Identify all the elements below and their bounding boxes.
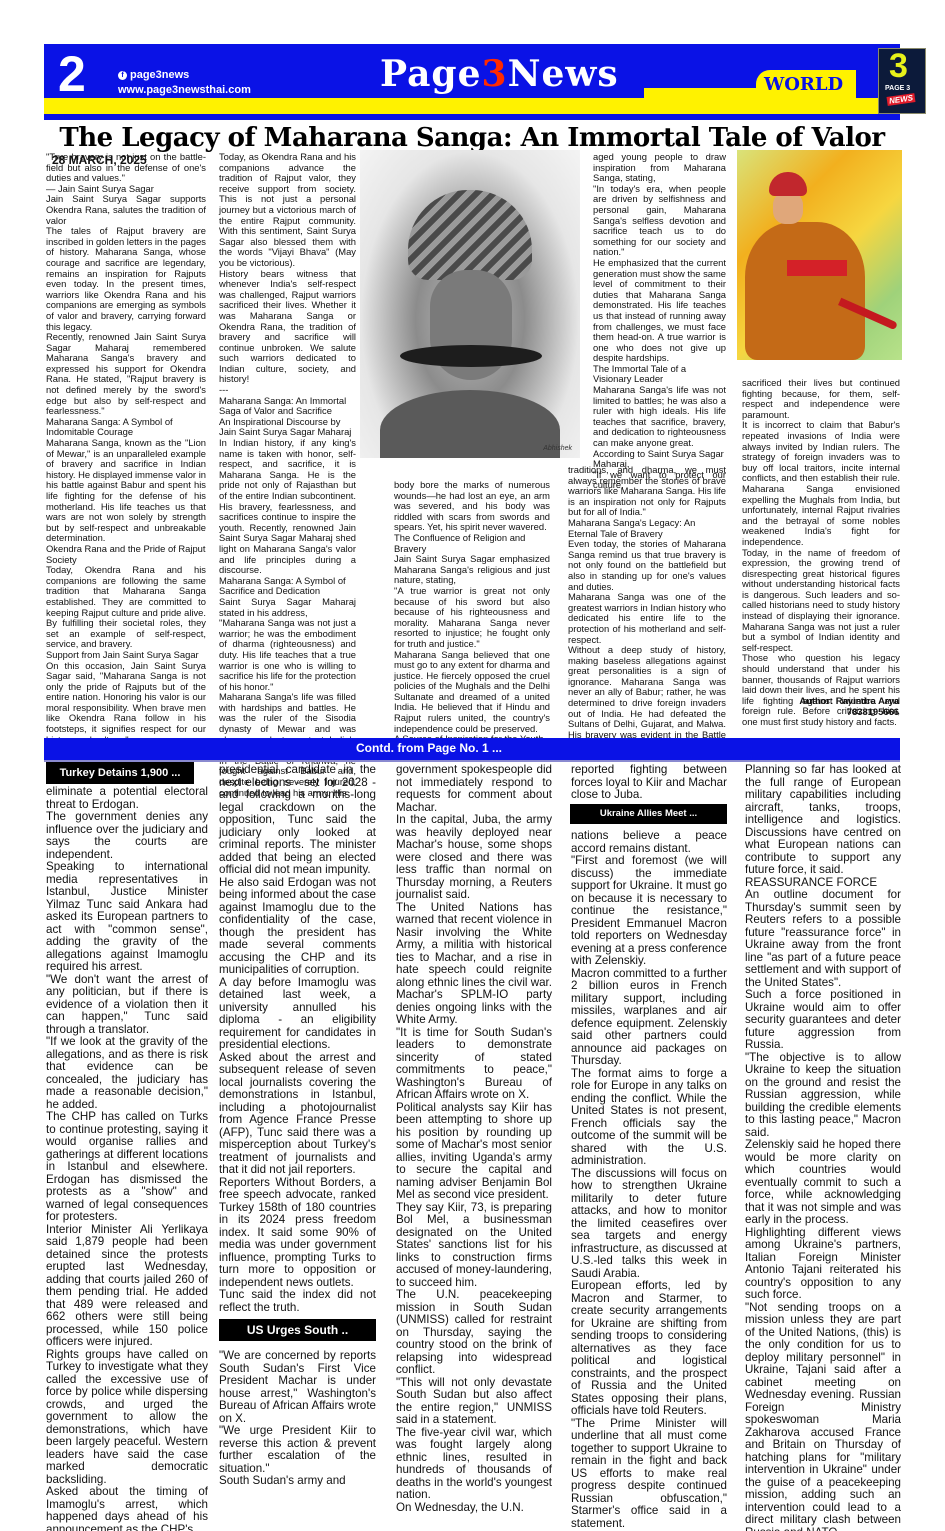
page-number: 2: [58, 48, 86, 100]
paragraph: Interior Minister Ali Yerlikaya said 1,8…: [46, 1224, 208, 1349]
continued-column-3: government spokespeople did not immediat…: [396, 764, 552, 1514]
paragraph: government spokespeople did not immediat…: [396, 764, 552, 814]
subheading: Okendra Rana and the Pride of Rajput Soc…: [46, 544, 206, 565]
paragraph: The United Nations has warned that recen…: [396, 902, 552, 990]
paragraph: Jain Saint Surya Sagar supports Okendra …: [46, 194, 206, 226]
facebook-icon: f: [118, 71, 127, 80]
paragraph: Jain Saint Surya Sagar emphasized Mahara…: [394, 554, 550, 586]
paragraph: Even today, the stories of Maharana Sang…: [568, 539, 726, 592]
paragraph: Machar's SPLM-IO party denies ongoing li…: [396, 989, 552, 1027]
continued-column-2: presidential candidate in the next elect…: [219, 764, 376, 1314]
author-name: Author: Ravindra Arya: [737, 696, 899, 707]
paragraph: Today, as Okendra Rana and his companion…: [219, 152, 356, 269]
paragraph: reported fighting between forces loyal t…: [571, 764, 727, 802]
paragraph: "It is time for South Sudan's leaders to…: [396, 1027, 552, 1102]
subheading: Maharana Sanga: An Immortal Saga of Valo…: [219, 396, 356, 417]
kicker-ukraine-allies-meet: Ukraine Allies Meet ...: [570, 804, 727, 824]
paragraph: It is incorrect to claim that Babur's re…: [742, 420, 900, 547]
paragraph: "True bravery is not just on the battle-…: [46, 152, 206, 184]
paragraph: "The objective is to allow Ukraine to ke…: [745, 1052, 901, 1140]
paragraph: "First and foremost (we will discuss) th…: [571, 855, 727, 968]
paragraph: "This will not only devastate South Suda…: [396, 1377, 552, 1427]
masthead-divider: [44, 114, 900, 120]
paragraph: "A true warrior is great not only becaus…: [394, 586, 550, 650]
article-column-4-continued: traditions, and dharma, we must always r…: [568, 465, 726, 762]
paragraph: Saint Surya Sagar Maharaj stated in his …: [219, 597, 356, 618]
continued-column-5: Planning so far has looked at the full r…: [745, 764, 901, 1531]
paragraph: Asked about the timing of Imamoglu's arr…: [46, 1486, 208, 1531]
kicker-turkey-detains: Turkey Detains 1,900 ...: [46, 762, 194, 784]
masthead: 2 fpage3news www.page3newsthai.com Page3…: [44, 44, 900, 120]
paragraph: European efforts, led by Macron and Star…: [571, 1280, 727, 1418]
paragraph: Recently, renowned Jain Saint Surya Saga…: [46, 332, 206, 417]
kicker-us-urges-south: US Urges South ..: [219, 1319, 376, 1341]
subheading: The Immortal Tale of a Visionary Leader: [593, 364, 726, 385]
continued-column-1: eliminate a potential electoral threat t…: [46, 786, 208, 1531]
paragraph: Zelenskiy said he hoped there would be m…: [745, 1139, 901, 1227]
paragraph: aged young people to draw inspiration fr…: [593, 152, 726, 184]
paragraph: History bears witness that whenever Indi…: [219, 269, 356, 386]
paragraph: presidential candidate in the next elect…: [219, 764, 376, 877]
paragraph: The CHP has called on Turks to continue …: [46, 1111, 208, 1224]
paragraph: Today, in the name of freedom of express…: [742, 548, 900, 654]
paragraph: The format aims to forge a role for Euro…: [571, 1068, 727, 1168]
article-column-5: sacrificed their lives but continued fig…: [742, 378, 900, 728]
paragraph: In Indian history, if any king's name is…: [219, 438, 356, 576]
paragraph: In the capital, Juba, the army was heavi…: [396, 814, 552, 902]
continued-column-4: reported fighting between forces loyal t…: [571, 764, 727, 802]
paragraph: Maharana Sanga believed that one must go…: [394, 650, 550, 735]
paragraph: Rights groups have called on Turkey to i…: [46, 1349, 208, 1487]
paragraph: body bore the marks of numerous wounds—h…: [394, 480, 550, 533]
website-link[interactable]: www.page3newsthai.com: [118, 83, 251, 98]
paragraph: eliminate a potential electoral threat t…: [46, 786, 208, 811]
paragraph: Macron committed to a further 2 billion …: [571, 968, 727, 1068]
social-links: fpage3news www.page3newsthai.com: [118, 68, 251, 98]
paragraph: "In today's era, when people are driven …: [593, 184, 726, 258]
article-column-1: "True bravery is not just on the battle-…: [46, 152, 206, 756]
subheading: Maharana Sanga: A Symbol of Sacrifice an…: [219, 576, 356, 597]
paragraph: Reporters Without Borders, a free speech…: [219, 1177, 376, 1290]
subheading: The Confluence of Religion and Bravery: [394, 533, 550, 554]
facebook-handle[interactable]: page3news: [130, 69, 189, 81]
newspaper-logo: Page3News: [380, 50, 619, 98]
continued-banner-label: Contd. from Page No. 1 ...: [356, 741, 502, 755]
paragraph: The five-year civil war, which was fough…: [396, 1427, 552, 1502]
paragraph: Maharana Sanga was one of the greatest w…: [568, 592, 726, 645]
author-phone: 7838195666: [737, 707, 899, 718]
paragraph: Maharana Sanga, known as the "Lion of Me…: [46, 438, 206, 544]
continued-column-4b: nations believe a peace accord remains d…: [571, 830, 727, 1530]
paragraph: Highlighting different views among Ukrai…: [745, 1227, 901, 1302]
date-bar: 28 MARCH, 2025: [44, 98, 900, 114]
article-column-3: body bore the marks of numerous wounds—h…: [394, 480, 550, 755]
paragraph: sacrificed their lives but continued fig…: [742, 378, 900, 420]
maharana-sanga-painting-image: [737, 150, 902, 360]
paragraph: traditions, and dharma, we must always r…: [568, 465, 726, 518]
author-byline: Author: Ravindra Arya 7838195666: [737, 696, 899, 717]
paragraph: nations believe a peace accord remains d…: [571, 830, 727, 855]
subheading: Support from Jain Saint Surya Sagar: [46, 650, 206, 661]
paragraph: Maharana Sanga's life was not limited to…: [593, 385, 726, 449]
paragraph: Today, Okendra Rana and his companions a…: [46, 565, 206, 650]
paragraph: Asked about the arrest and subsequent re…: [219, 1052, 376, 1177]
section-label: WORLD: [764, 74, 843, 95]
paragraph: The tales of Rajput bravery are inscribe…: [46, 226, 206, 332]
paragraph: He emphasized that the current generatio…: [593, 258, 726, 364]
paragraph: "We urge President Kiir to reverse this …: [219, 1425, 376, 1475]
subheading: Maharana Sanga's Legacy: An Eternal Tale…: [568, 518, 726, 539]
paragraph: "Maharana Sanga was not just a warrior; …: [219, 618, 356, 692]
paragraph: The discussions will focus on how to str…: [571, 1168, 727, 1281]
artist-signature: Abhishek: [543, 445, 572, 452]
paragraph: "If we look at the gravity of the allega…: [46, 1036, 208, 1111]
paragraph: "We are concerned by reports South Sudan…: [219, 1350, 376, 1425]
section-tab: WORLD: [756, 70, 856, 100]
paragraph: A day before Imamoglu was detained last …: [219, 977, 376, 1052]
paragraph: "The Prime Minister will underline that …: [571, 1418, 727, 1531]
paragraph: Speaking to international media represen…: [46, 861, 208, 974]
paragraph: Such a force positioned in Ukraine would…: [745, 989, 901, 1052]
paragraph: "We don't want the arrest of any politic…: [46, 974, 208, 1037]
paragraph: They say Kiir, 73, is preparing Bol Mel,…: [396, 1202, 552, 1290]
continued-banner: Contd. from Page No. 1 ...: [44, 738, 900, 762]
paragraph: An outline document for Thursday's summi…: [745, 889, 901, 989]
paragraph: Tunc said the index did not reflect the …: [219, 1289, 376, 1314]
paragraph: South Sudan's army and: [219, 1475, 376, 1488]
paragraph: Planning so far has looked at the full r…: [745, 764, 901, 877]
paragraph: The U.N. peacekeeping mission in South S…: [396, 1289, 552, 1377]
subheading: An Inspirational Discourse by Jain Saint…: [219, 417, 356, 438]
continued-column-2b: "We are concerned by reports South Sudan…: [219, 1350, 376, 1488]
paragraph: On this occasion, Jain Saint Surya Sagar…: [46, 661, 206, 746]
paragraph: "Not sending troops on a mission unless …: [745, 1302, 901, 1531]
page3-badge-logo: 3 PAGE 3 NEWS: [878, 48, 926, 114]
subheading: Maharana Sanga: A Symbol of Indomitable …: [46, 417, 206, 438]
paragraph: He also said Erdogan was not being infor…: [219, 877, 376, 977]
article-column-4: aged young people to draw inspiration fr…: [593, 152, 726, 491]
paragraph: Political analysts say Kiir has been att…: [396, 1102, 552, 1202]
article-column-2: Today, as Okendra Rana and his companion…: [219, 152, 356, 798]
paragraph: The government denies any influence over…: [46, 811, 208, 861]
maharana-sanga-sketch-image: Abhishek: [360, 150, 580, 458]
paragraph: On Wednesday, the U.N.: [396, 1502, 552, 1515]
